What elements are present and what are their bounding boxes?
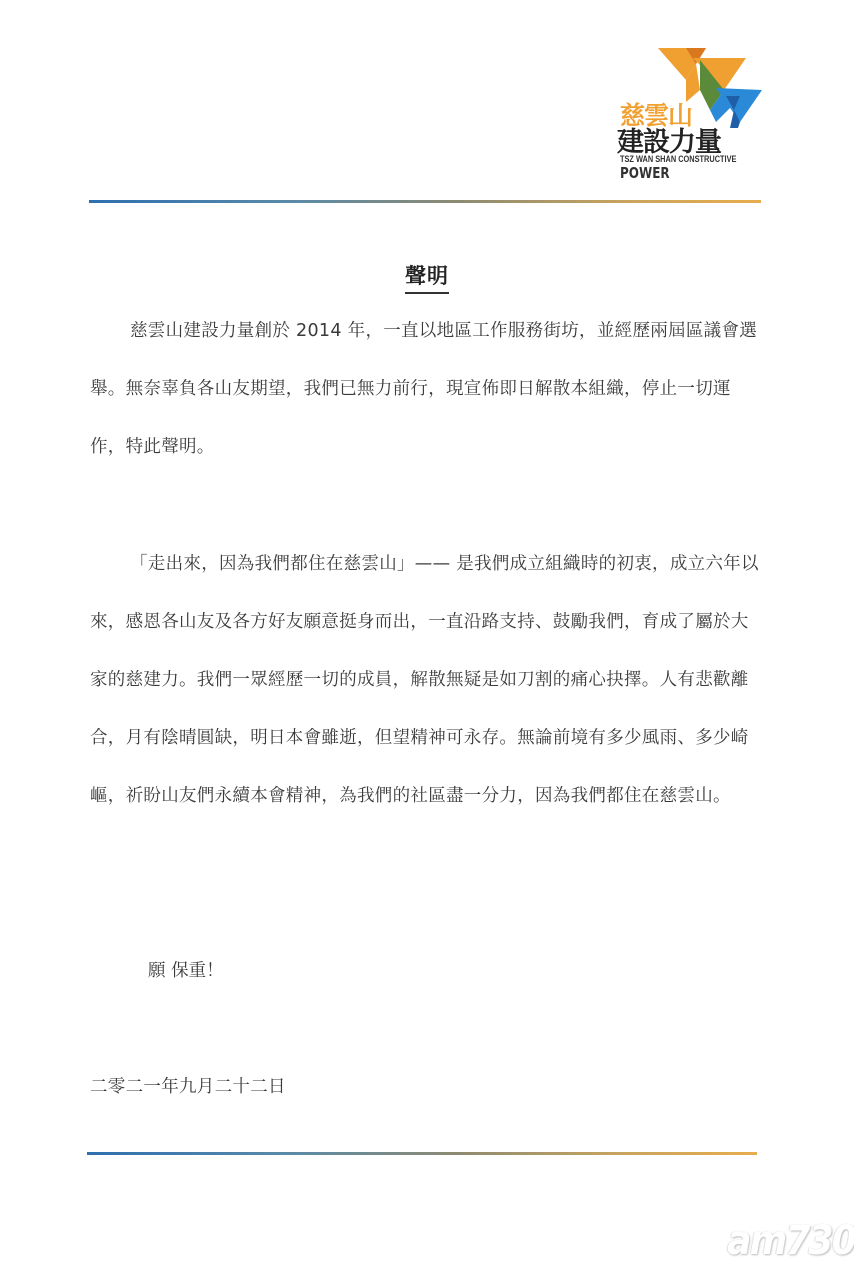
paragraph-reflection: 「走出來，因為我們都住在慈雲山」—— 是我們成立組織時的初衷，成立六年以來，感恩… (90, 535, 766, 825)
document-title-wrapper: 聲明 (0, 260, 854, 290)
document-title: 聲明 (405, 264, 449, 294)
closing-remark: 願 保重！ (148, 957, 224, 982)
logo-name-english-line2: POWER (620, 164, 670, 182)
header-divider (89, 200, 761, 203)
document-date: 二零二一年九月二十二日 (90, 1073, 286, 1098)
organization-logo: 慈雲山 建設力量 TSZ WAN SHAN CONSTRUCTIVE POWER (600, 30, 780, 195)
paragraph-announcement: 慈雲山建設力量創於 2014 年，一直以地區工作服務街坊，並經歷兩屆區議會選舉。… (90, 302, 766, 476)
logo-name-english-line1: TSZ WAN SHAN CONSTRUCTIVE (620, 154, 736, 164)
watermark-logo: am730 (727, 1218, 854, 1264)
footer-divider (87, 1152, 757, 1155)
